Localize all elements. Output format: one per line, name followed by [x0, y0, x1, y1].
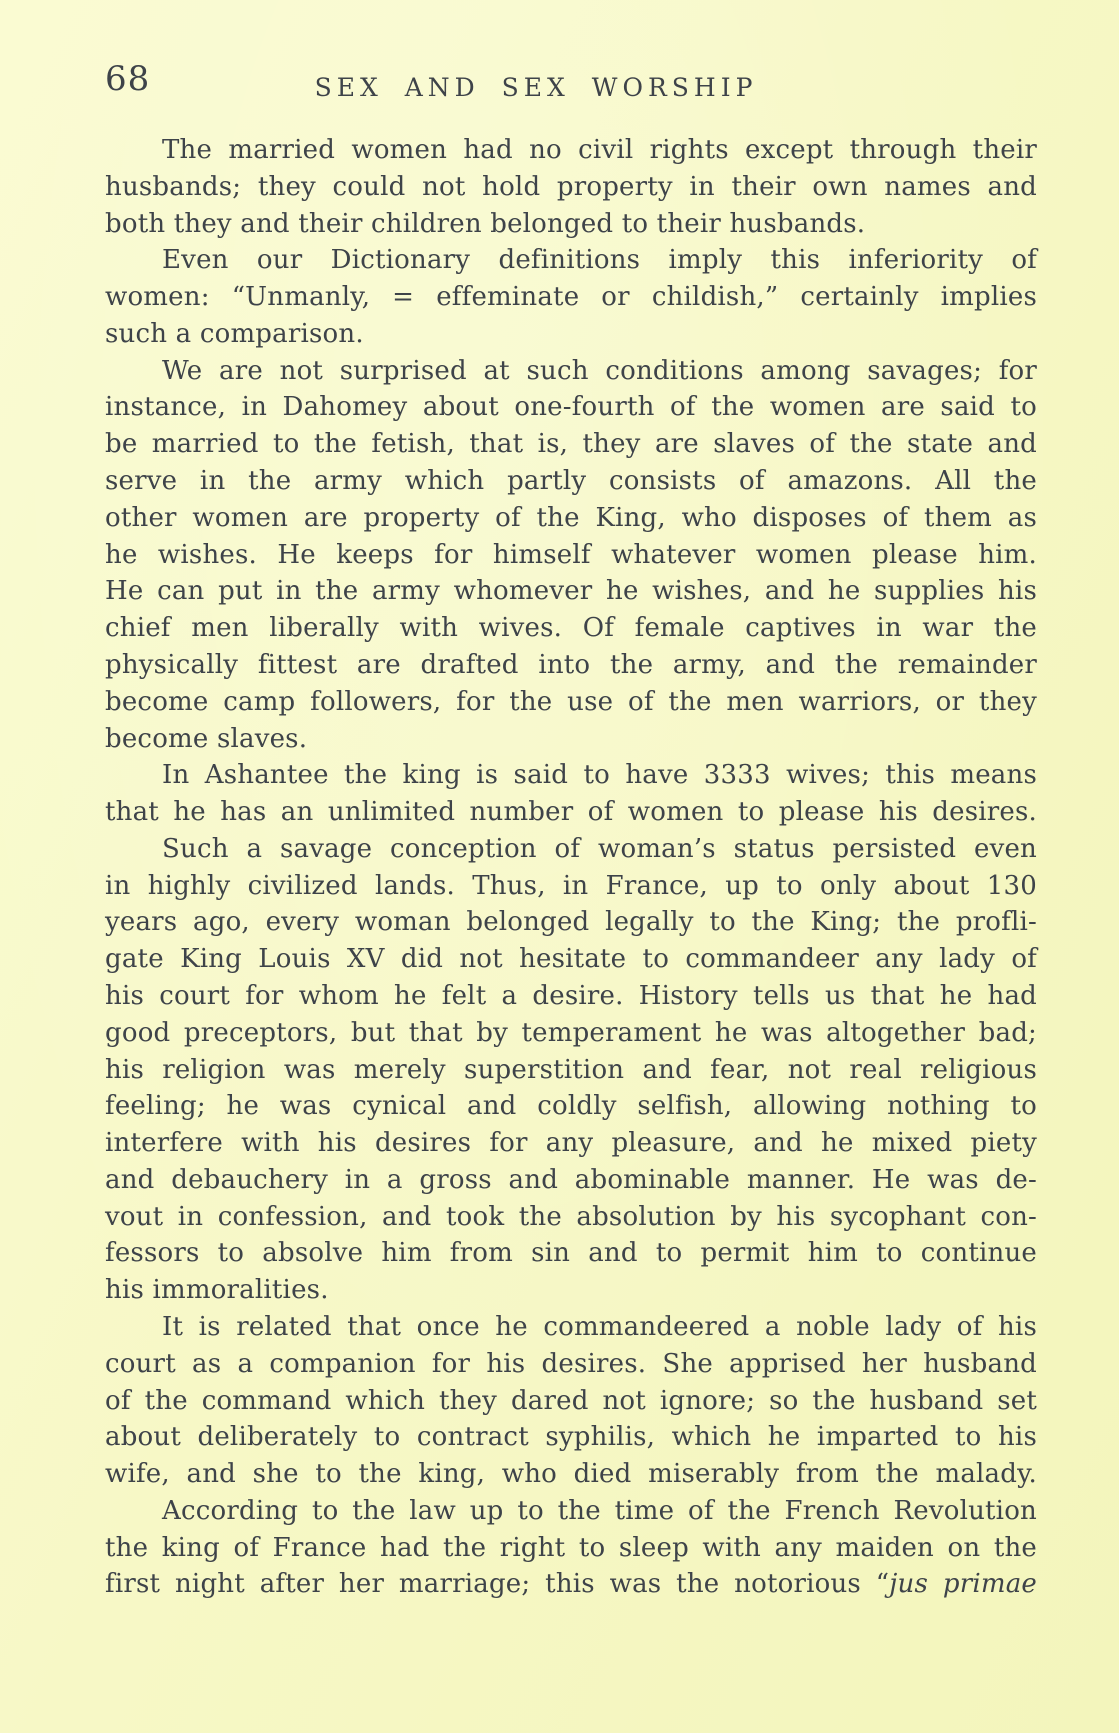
text-line: Even our Dictionary definitions imply th… — [105, 242, 1037, 279]
page-header: 68 SEX AND SEX WORSHIP — [105, 0, 1035, 110]
text-line: be married to the fetish, that is, they … — [105, 426, 1037, 463]
text-line: that he has an unlimited number of women… — [105, 794, 1037, 831]
text-line: court as a companion for his desires. Sh… — [105, 1346, 1037, 1383]
text-line: such a comparison. — [105, 316, 1037, 353]
text-line: years ago, every woman belonged legally … — [105, 904, 1037, 941]
text-line: husbands; they could not hold property i… — [105, 169, 1037, 206]
text-line: of the command which they dared not igno… — [105, 1383, 1037, 1420]
text-line: he wishes. He keeps for himself whatever… — [105, 537, 1037, 574]
text-line: other women are property of the King, wh… — [105, 500, 1037, 537]
text-line: wife, and she to the king, who died mise… — [105, 1456, 1037, 1493]
text-line: chief men liberally with wives. Of femal… — [105, 610, 1037, 647]
text-line: first night after her marriage; this was… — [105, 1566, 1037, 1603]
text-line: It is related that once he commandeered … — [105, 1309, 1037, 1346]
text-line: women: “Unmanly, = effeminate or childis… — [105, 279, 1037, 316]
text-line: his religion was merely superstition and… — [105, 1052, 1037, 1089]
paragraph: Even our Dictionary definitions imply th… — [105, 242, 1037, 352]
paragraph: Such a savage conception of woman’s stat… — [105, 831, 1037, 1309]
text-line: and debauchery in a gross and abominable… — [105, 1162, 1037, 1199]
text-line: his immoralities. — [105, 1272, 1037, 1309]
text-line: interfere with his desires for any pleas… — [105, 1125, 1037, 1162]
running-header: SEX AND SEX WORSHIP — [105, 75, 967, 100]
text-line: vout in confession, and took the absolut… — [105, 1199, 1037, 1236]
text-line: serve in the army which partly consists … — [105, 463, 1037, 500]
text-line: become camp followers, for the use of th… — [105, 684, 1037, 721]
text-line: In Ashantee the king is said to have 333… — [105, 757, 1037, 794]
text-line: fessors to absolve him from sin and to p… — [105, 1235, 1037, 1272]
book-page: 68 SEX AND SEX WORSHIP The married women… — [0, 0, 1119, 1733]
text-line: The married women had no civil rights ex… — [105, 132, 1037, 169]
italic-phrase: jus primae — [889, 1569, 1037, 1599]
text-line: physically fittest are drafted into the … — [105, 647, 1037, 684]
paragraph: In Ashantee the king is said to have 333… — [105, 757, 1037, 831]
text-line: According to the law up to the time of t… — [105, 1493, 1037, 1530]
paragraph: According to the law up to the time of t… — [105, 1493, 1037, 1603]
text-line: We are not surprised at such conditions … — [105, 353, 1037, 390]
text-line: good preceptors, but that by temperament… — [105, 1015, 1037, 1052]
text-line: both they and their children belonged to… — [105, 206, 1037, 243]
text-line: instance, in Dahomey about one-fourth of… — [105, 389, 1037, 426]
text-line: become slaves. — [105, 721, 1037, 758]
text-line: his court for whom he felt a desire. His… — [105, 978, 1037, 1015]
text-line: in highly civilized lands. Thus, in Fran… — [105, 868, 1037, 905]
text-line: the king of France had the right to slee… — [105, 1530, 1037, 1567]
paragraph: It is related that once he commandeered … — [105, 1309, 1037, 1493]
paragraph: We are not surprised at such conditions … — [105, 353, 1037, 758]
text-line: He can put in the army whomever he wishe… — [105, 573, 1037, 610]
text-block: The married women had no civil rights ex… — [105, 132, 1037, 1603]
text-line: gate King Louis XV did not hesitate to c… — [105, 941, 1037, 978]
text-line: about deliberately to contract syphilis,… — [105, 1419, 1037, 1456]
text-line: Such a savage conception of woman’s stat… — [105, 831, 1037, 868]
text-line: feeling; he was cynical and coldly selfi… — [105, 1088, 1037, 1125]
paragraph: The married women had no civil rights ex… — [105, 132, 1037, 242]
